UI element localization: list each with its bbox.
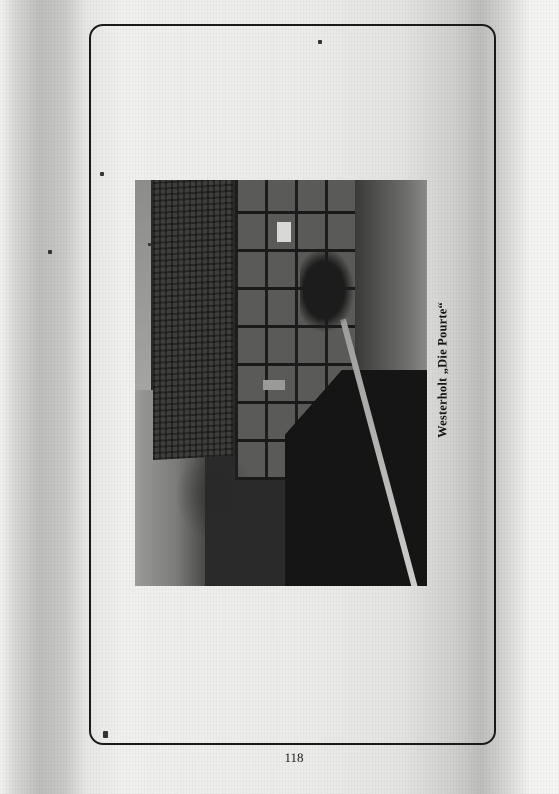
photo-window <box>263 380 285 390</box>
photo-roof <box>153 180 233 460</box>
ink-speck <box>48 250 52 254</box>
photograph <box>135 180 427 586</box>
page-number: 118 <box>284 750 303 766</box>
photo-window <box>277 222 291 242</box>
photo-caption: Westerholt „Die Pourte“ <box>436 302 451 438</box>
ink-speck <box>318 40 322 44</box>
ink-speck <box>100 172 104 176</box>
photo-tree <box>175 450 255 540</box>
ink-speck <box>103 731 108 738</box>
ink-speck <box>148 243 151 246</box>
photo-people <box>300 240 360 340</box>
